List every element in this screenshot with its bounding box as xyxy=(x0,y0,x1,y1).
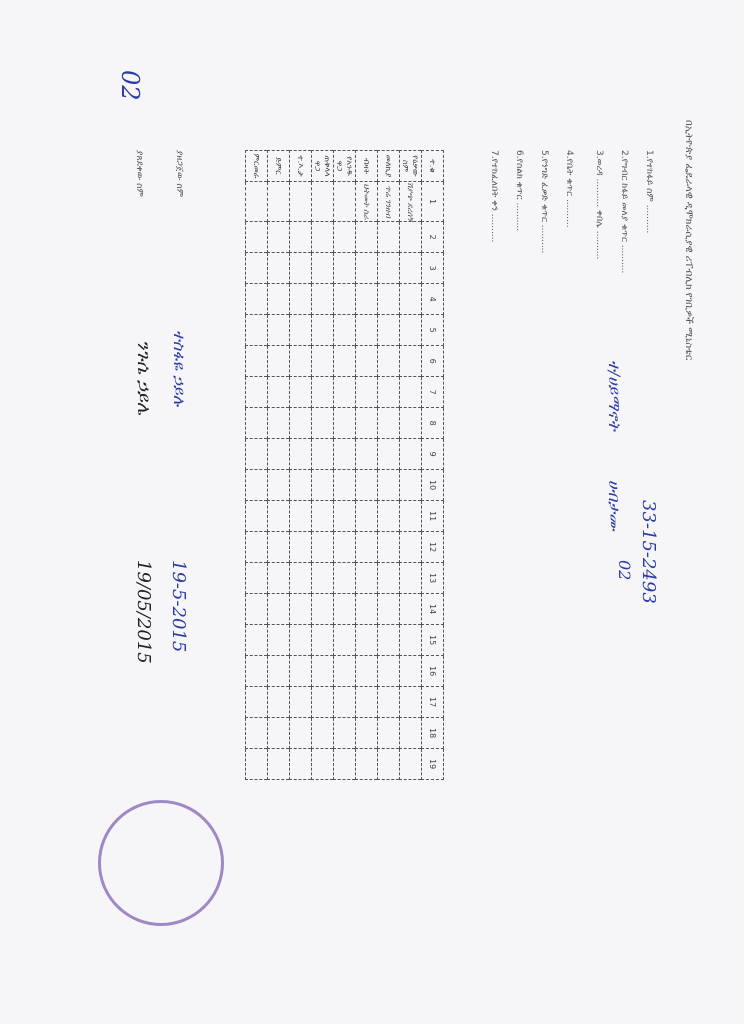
field-line-1: 1.የተከፋይ ስም .......... xyxy=(644,150,654,233)
approved-date: 19/05/2015 xyxy=(133,560,154,664)
field-line-3: 3.ወረዳ .......... ቀበሌ .......... xyxy=(594,150,604,259)
field-line-6: 6.የስልክ ቁጥር .......... xyxy=(514,150,524,231)
cell: ሽያጭ ደረሰኝ xyxy=(400,182,422,222)
row-num: 11 xyxy=(422,501,444,532)
prepared-by-name: ተስፋዬ ኃይሉ xyxy=(169,330,189,406)
row-num: 2 xyxy=(422,222,444,253)
row-num: 1 xyxy=(422,182,444,222)
col-header: መለኪያ xyxy=(378,151,400,182)
row-num: 13 xyxy=(422,563,444,594)
header-title: በኢትዮጵያ ፌዴራላዊ ዲሞክራሲያዊ ሪፐብሊክ የገቢዎች ሚኒስቴር xyxy=(683,120,694,360)
handwritten-kebele: ሀብታሙ xyxy=(604,480,624,531)
col-header: የዕቃው ስም xyxy=(400,151,422,182)
field-line-7: 7.የተከፈለበት ቀን .......... xyxy=(489,150,499,242)
field-line-4: 4.የቤት ቁጥር .......... xyxy=(564,150,574,228)
prepared-by-label: ያዘጋጀው ስም xyxy=(174,150,184,197)
row-num: 10 xyxy=(422,470,444,501)
row-num: 4 xyxy=(422,284,444,315)
page-mark: 02 xyxy=(116,70,144,101)
handwritten-woreda: 02 xyxy=(615,560,634,580)
row-num: 5 xyxy=(422,315,444,346)
cell: ህትመት ስራ xyxy=(356,182,378,222)
row-num: 14 xyxy=(422,594,444,625)
row-num: 16 xyxy=(422,656,444,687)
scanned-document: በኢትዮጵያ ፌዴራላዊ ዲሞክራሲያዊ ሪፐብሊክ የገቢዎች ሚኒስቴር 1… xyxy=(0,0,744,1024)
row-num: 17 xyxy=(422,687,444,718)
row-num: 18 xyxy=(422,718,444,749)
official-stamp xyxy=(98,800,224,926)
row-num: 12 xyxy=(422,532,444,563)
prepared-date: 19-5-2015 xyxy=(168,560,189,652)
col-header: ድምር xyxy=(268,151,290,182)
approved-by-name: ንጉሴ ኃይሌ xyxy=(133,340,154,415)
col-header: ጠቅላላ ዋጋ xyxy=(312,151,334,182)
row-num: 8 xyxy=(422,408,444,439)
approved-by-label: ያጸደቀው ስም xyxy=(134,150,144,197)
col-header: ብዛት xyxy=(356,151,378,182)
row-num: 3 xyxy=(422,253,444,284)
row-num: 7 xyxy=(422,377,444,408)
col-header: ተ.ቁ xyxy=(422,151,444,182)
row-num: 15 xyxy=(422,625,444,656)
field-line-5: 5.የንግድ ፈቃድ ቁጥር .......... xyxy=(539,150,549,253)
row-num: 6 xyxy=(422,346,444,377)
handwritten-tin: 33-15-2493 xyxy=(638,500,659,604)
row-num: 9 xyxy=(422,439,444,470)
field-line-2: 2.የግብር ከፋይ መለያ ቁጥር .......... xyxy=(619,150,629,273)
rotated-form: በኢትዮጵያ ፌዴራላዊ ዲሞክራሲያዊ ሪፐብሊክ የገቢዎች ሚኒስቴር 1… xyxy=(0,0,744,1024)
items-table: ተ.ቁ 1 2 3 4 5 6 7 8 9 10 11 12 13 14 15 … xyxy=(245,150,444,780)
cell: ጥሬ ገንዘብ xyxy=(378,182,400,222)
handwritten-name: ተ/ሀይማኖት xyxy=(604,360,624,431)
row-num: 19 xyxy=(422,749,444,780)
col-header: ምርመራ xyxy=(246,151,268,182)
col-header: ተ.እ.ታ xyxy=(290,151,312,182)
col-header: የአንዱ ዋጋ xyxy=(334,151,356,182)
